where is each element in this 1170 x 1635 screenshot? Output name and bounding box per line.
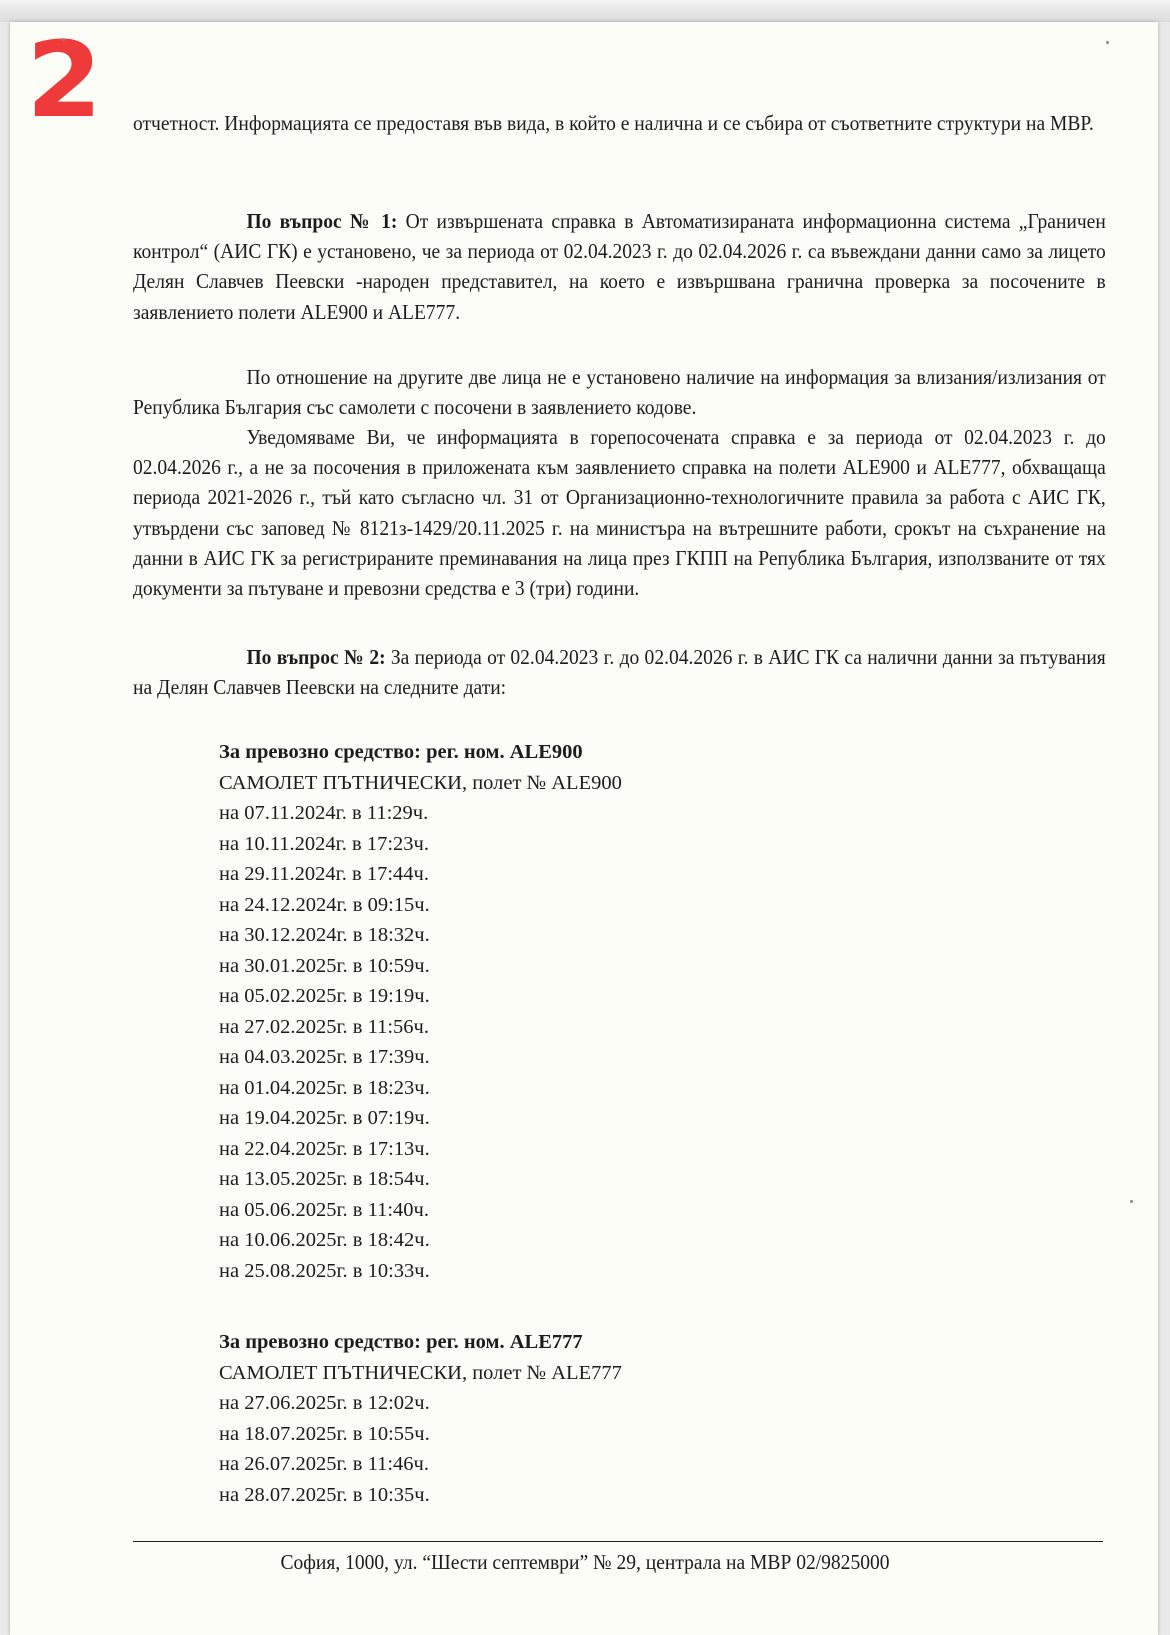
page-number-badge: 2 — [26, 28, 102, 132]
vehicle-subtitle: САМОЛЕТ ПЪТНИЧЕСКИ, полет № ALE777 — [219, 1358, 622, 1389]
vehicle-block-ale900: За превозно средство: рег. ном. ALE900 С… — [219, 737, 622, 1286]
trip-list: на 27.06.2025г. в 12:02ч.на 18.07.2025г.… — [219, 1388, 622, 1510]
footer-divider — [133, 1541, 1103, 1542]
trip-entry: на 24.12.2024г. в 09:15ч. — [219, 890, 622, 921]
trip-entry: на 04.03.2025г. в 17:39ч. — [219, 1042, 622, 1073]
trip-entry: на 18.07.2025г. в 10:55ч. — [219, 1419, 622, 1450]
trip-entry: на 07.11.2024г. в 11:29ч. — [219, 798, 622, 829]
question-1-label: По въпрос № 1: — [246, 209, 397, 233]
trip-entry: на 05.02.2025г. в 19:19ч. — [219, 981, 622, 1012]
paragraph-retention-notice-text: Уведомяваме Ви, че информацията в горепо… — [133, 422, 1106, 603]
question-2-label: По въпрос № 2: — [246, 645, 385, 669]
scan-speck — [1106, 41, 1109, 44]
trip-entry: на 22.04.2025г. в 17:13ч. — [219, 1134, 622, 1165]
trip-entry: на 27.02.2025г. в 11:56ч. — [219, 1012, 622, 1043]
trip-entry: на 10.11.2024г. в 17:23ч. — [219, 829, 622, 860]
trip-entry: на 05.06.2025г. в 11:40ч. — [219, 1195, 622, 1226]
vehicle-title: За превозно средство: рег. ном. ALE777 — [219, 1327, 622, 1358]
paragraph-other-persons: По отношение на другите две лица не е ус… — [133, 362, 1106, 422]
paragraph-question-2: По въпрос № 2: За периода от 02.04.2023 … — [133, 642, 1106, 702]
vehicle-subtitle: САМОЛЕТ ПЪТНИЧЕСКИ, полет № ALE900 — [219, 768, 622, 799]
viewer-top-bar — [0, 0, 1170, 22]
trip-entry: на 25.08.2025г. в 10:33ч. — [219, 1256, 622, 1287]
paragraph-other-persons-text: По отношение на другите две лица не е ус… — [133, 362, 1106, 422]
trip-entry: на 28.07.2025г. в 10:35ч. — [219, 1480, 622, 1511]
paragraph-intro-text: отчетност. Информацията се предоставя въ… — [133, 108, 1106, 138]
footer-address: София, 1000, ул. “Шести септември” № 29,… — [41, 1550, 1129, 1575]
paragraph-intro: отчетност. Информацията се предоставя въ… — [133, 108, 1106, 138]
trip-entry: на 29.11.2024г. в 17:44ч. — [219, 859, 622, 890]
trip-entry: на 19.04.2025г. в 07:19ч. — [219, 1103, 622, 1134]
vehicle-block-ale777: За превозно средство: рег. ном. ALE777 С… — [219, 1327, 622, 1510]
scan-speck — [62, 38, 65, 41]
paragraph-question-1: По въпрос № 1: От извършената справка в … — [133, 206, 1106, 327]
trip-entry: на 01.04.2025г. в 18:23ч. — [219, 1073, 622, 1104]
scan-speck — [1130, 1200, 1133, 1203]
trip-entry: на 30.12.2024г. в 18:32ч. — [219, 920, 622, 951]
trip-list: на 07.11.2024г. в 11:29ч.на 10.11.2024г.… — [219, 798, 622, 1286]
trip-entry: на 26.07.2025г. в 11:46ч. — [219, 1449, 622, 1480]
trip-entry: на 27.06.2025г. в 12:02ч. — [219, 1388, 622, 1419]
trip-entry: на 30.01.2025г. в 10:59ч. — [219, 951, 622, 982]
vehicle-title: За превозно средство: рег. ном. ALE900 — [219, 737, 622, 768]
trip-entry: на 13.05.2025г. в 18:54ч. — [219, 1164, 622, 1195]
trip-entry: на 10.06.2025г. в 18:42ч. — [219, 1225, 622, 1256]
paragraph-retention-notice: Уведомяваме Ви, че информацията в горепо… — [133, 422, 1106, 603]
